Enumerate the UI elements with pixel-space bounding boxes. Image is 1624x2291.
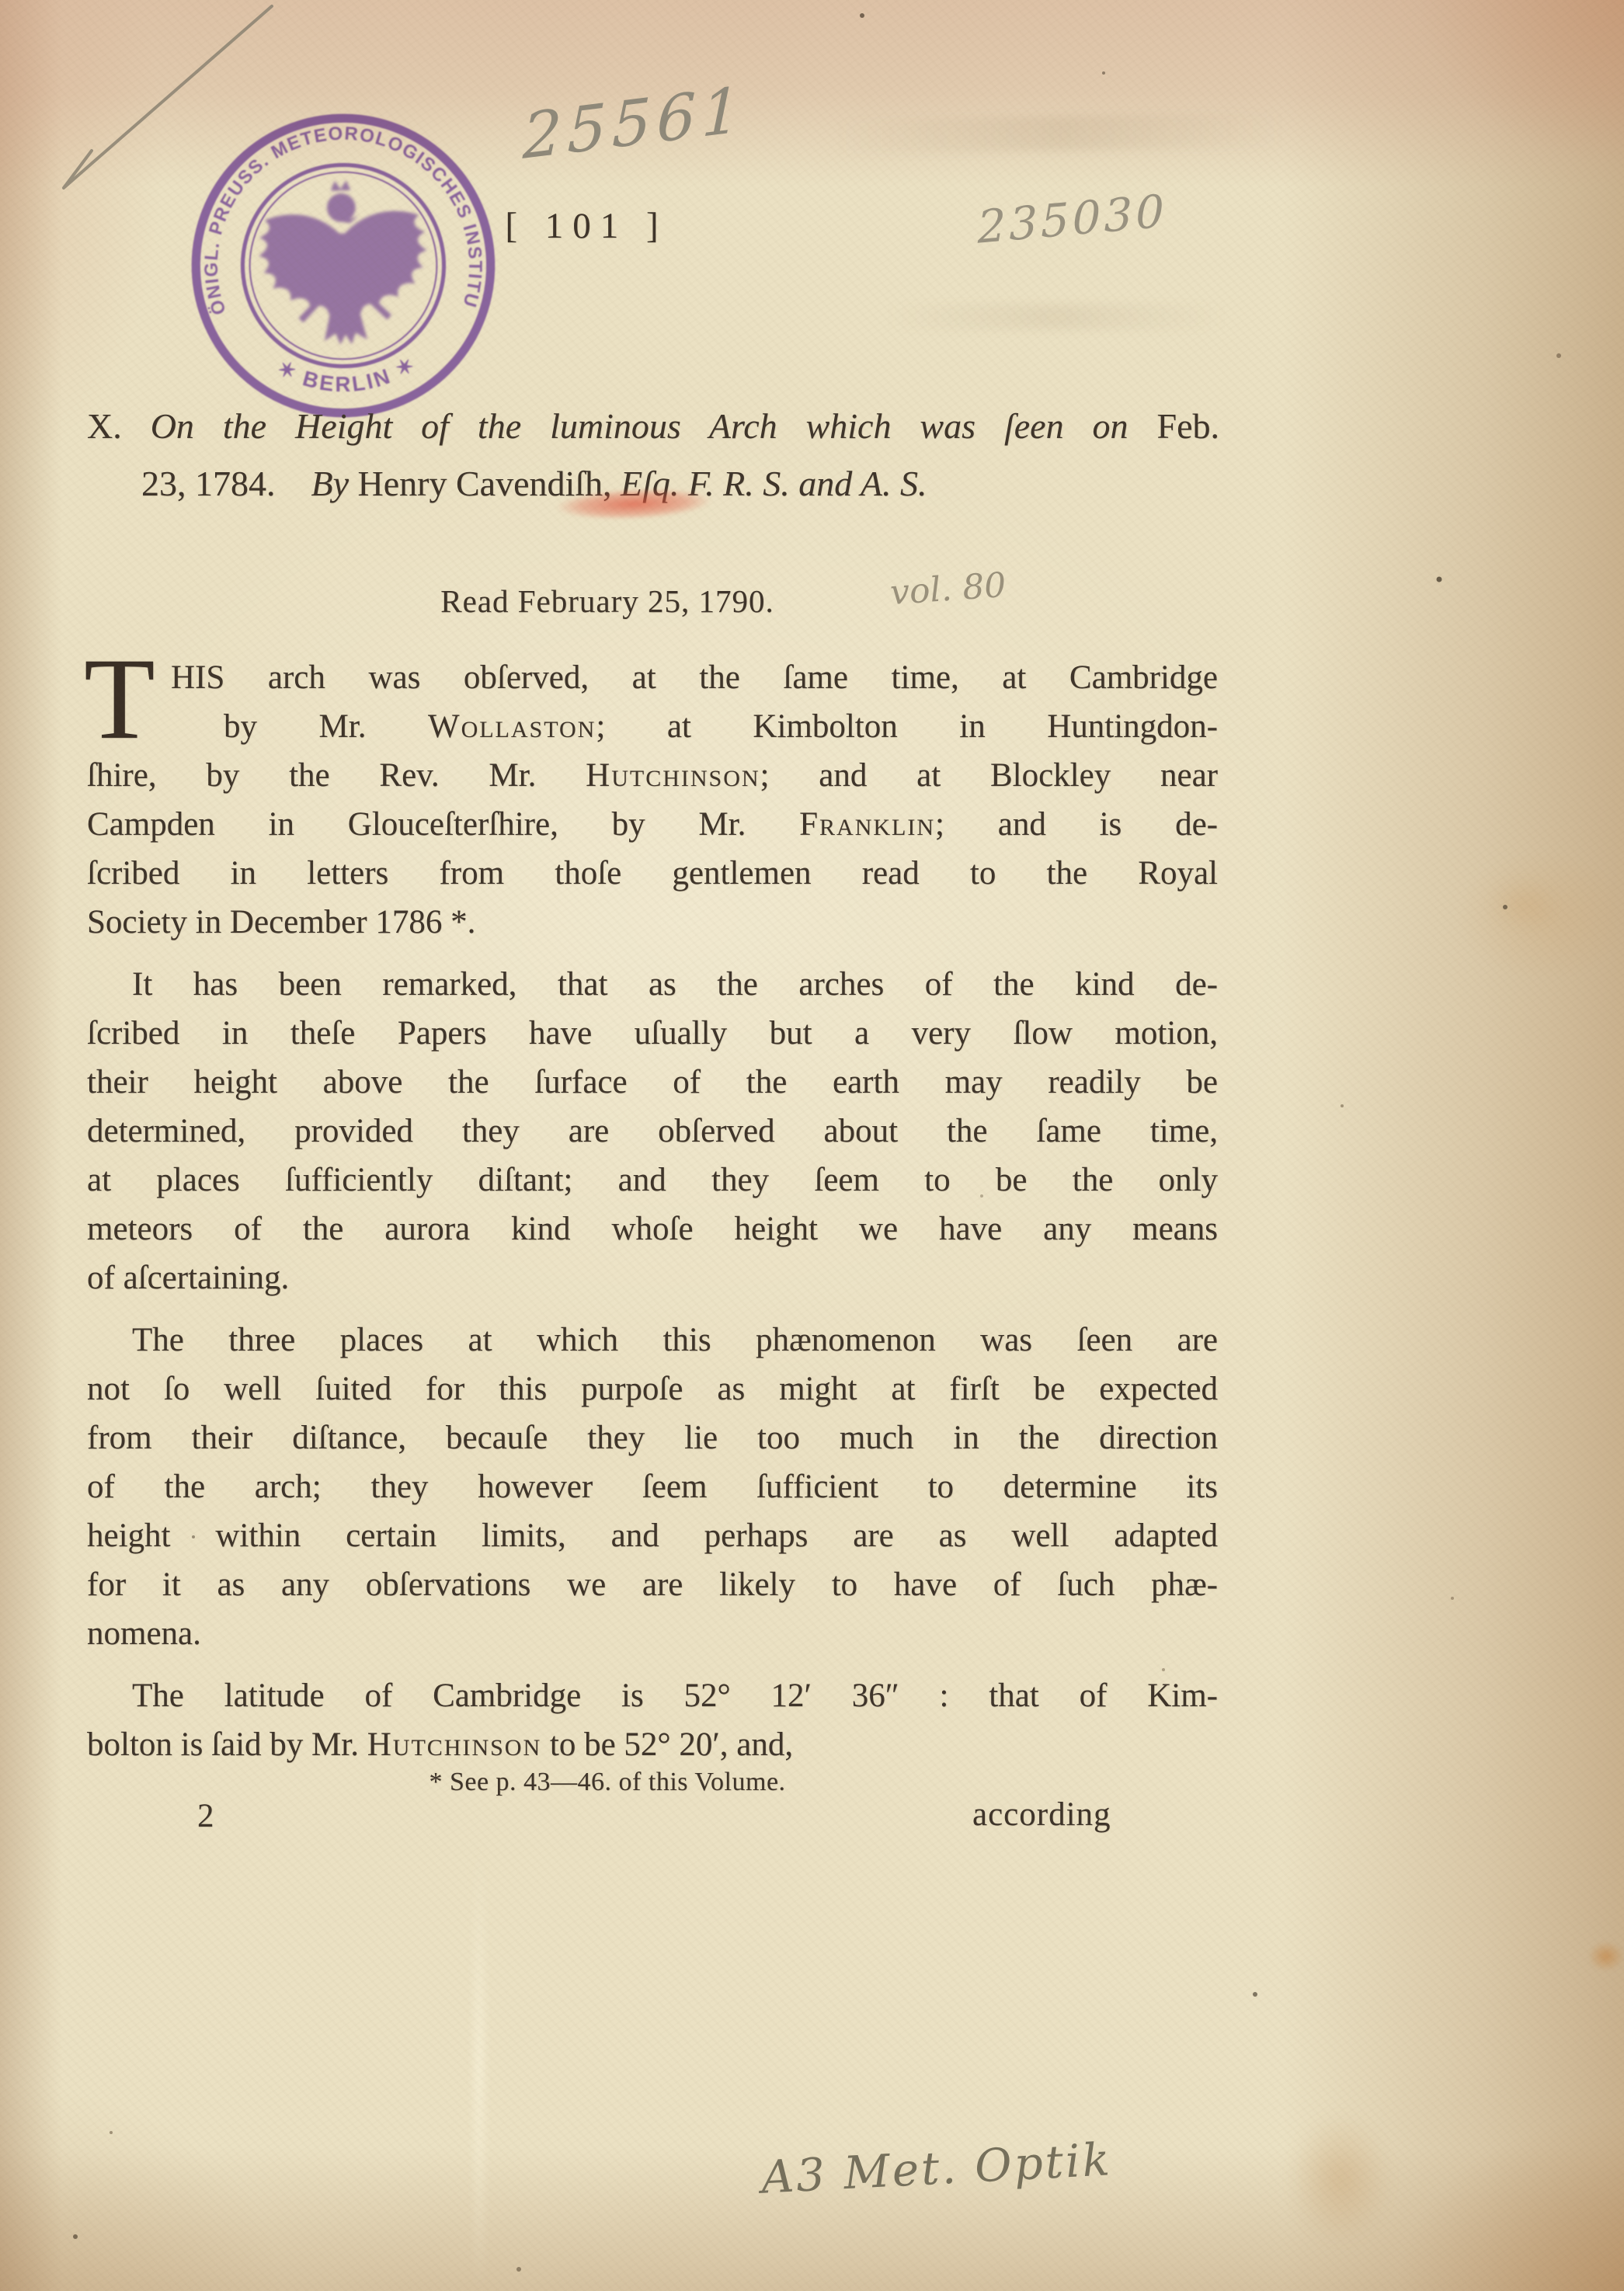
title-line: X. On the Height of the luminous Arch wh… — [87, 398, 1219, 455]
body-text: THIS arch was obſerved, at the ſame time… — [87, 653, 1218, 1769]
page-number: [ 101 ] — [419, 205, 753, 247]
text-segment: of the arch; they however ſeem ſufficien… — [87, 1469, 1218, 1505]
text-segment: By — [311, 464, 358, 503]
show-through-smudge — [835, 113, 1286, 155]
text-segment: of aſcertaining. — [87, 1260, 289, 1296]
stain — [1581, 1935, 1624, 1977]
stain — [1473, 867, 1574, 940]
text-line: of aſcertaining. — [87, 1253, 1218, 1302]
pencil-note-bottom: A3 Met. Optik — [760, 2133, 1114, 2204]
signature-mark: 2 — [197, 1797, 214, 1835]
text-segment: ſcribed in theſe Papers have uſually but… — [87, 1015, 1218, 1052]
paper-crease — [474, 1848, 485, 2291]
paper-specks — [0, 0, 3, 3]
text-segment: X. — [87, 406, 151, 446]
text-segment: bolton is ſaid by Mr. — [87, 1726, 367, 1763]
show-through-smudge — [885, 304, 1227, 329]
text-segment: Campden in Glouceſterſhire, by Mr. — [87, 806, 799, 843]
text-line: by Mr. Wollaston; at Kimbolton in Huntin… — [87, 702, 1218, 751]
stamp-city-text: ✶ BERLIN ✶ — [273, 350, 422, 398]
text-segment: Hutchinson — [586, 757, 760, 794]
text-segment: ; and at Blockley near — [760, 757, 1218, 794]
text-segment: HIS arch was obſerved, at the ſame time,… — [171, 659, 1218, 696]
text-line: for it as any obſervations we are likely… — [87, 1560, 1218, 1609]
text-line: Campden in Glouceſterſhire, by Mr. Frank… — [87, 800, 1218, 849]
text-segment: ſcribed in letters from thoſe gentlemen … — [87, 855, 1218, 892]
text-segment: ſhire, by the Rev. Mr. — [87, 757, 586, 794]
text-segment: meteors of the aurora kind whoſe height … — [87, 1211, 1218, 1247]
text-line: ſcribed in theſe Papers have uſually but… — [87, 1009, 1218, 1058]
pencil-volume-note: vol. 80 — [889, 565, 1007, 613]
text-line: The latitude of Cambridge is 52° 12′ 36″… — [87, 1671, 1218, 1720]
text-segment: at places ſufficiently diſtant; and they… — [87, 1162, 1218, 1198]
text-line: It has been remarked, that as the arches… — [87, 960, 1218, 1009]
text-segment: It has been remarked, that as the arches… — [132, 966, 1218, 1003]
pencil-number-right: 235030 — [977, 184, 1168, 254]
text-segment: Franklin — [799, 806, 935, 843]
text-line: of the arch; they however ſeem ſufficien… — [87, 1462, 1218, 1511]
paragraph: The three places at which this phænomeno… — [87, 1316, 1218, 1658]
text-segment: 23, 1784. — [141, 464, 311, 503]
text-line: determined, provided they are obſerved a… — [87, 1107, 1218, 1156]
text-segment: not ſo well ſuited for this purpoſe as m… — [87, 1371, 1218, 1407]
text-segment: The latitude of Cambridge is 52° 12′ 36″… — [132, 1677, 1218, 1714]
text-line: from their diſtance, becauſe they lie to… — [87, 1413, 1218, 1462]
catchword: according — [972, 1796, 1111, 1834]
text-line: at places ſufficiently diſtant; and they… — [87, 1156, 1218, 1205]
text-segment: by Mr. — [224, 708, 428, 745]
text-segment: Wollaston — [428, 708, 596, 745]
text-segment: from their diſtance, becauſe they lie to… — [87, 1420, 1218, 1456]
text-line: not ſo well ſuited for this purpoſe as m… — [87, 1365, 1218, 1413]
paragraph: THIS arch was obſerved, at the ſame time… — [87, 653, 1218, 947]
text-line: The three places at which this phænomeno… — [87, 1316, 1218, 1365]
text-line: their height above the ſurface of the ea… — [87, 1058, 1218, 1107]
footnote: * See p. 43—46. of this Volume. — [87, 1768, 1128, 1797]
text-line: ſhire, by the Rev. Mr. Hutchinson; and a… — [87, 751, 1218, 800]
text-line: meteors of the aurora kind whoſe height … — [87, 1205, 1218, 1253]
library-stamp: KÖNIGL. PREUSS. METEOROLOGISCHES INSTITU… — [179, 102, 507, 429]
text-line: Society in December 1786 *. — [87, 898, 1218, 947]
text-segment: Feb. — [1157, 406, 1220, 446]
paragraph: The latitude of Cambridge is 52° 12′ 36″… — [87, 1671, 1218, 1769]
text-segment: nomena. — [87, 1615, 201, 1652]
prussian-eagle-icon — [256, 178, 430, 348]
text-segment: Hutchinson — [367, 1726, 541, 1763]
pencil-number-top: 25561 — [522, 73, 746, 173]
stain — [1271, 2089, 1410, 2268]
paragraph: It has been remarked, that as the arches… — [87, 960, 1218, 1302]
text-segment: for it as any obſervations we are likely… — [87, 1566, 1218, 1603]
text-segment: to be 52° 20′, and, — [541, 1726, 793, 1763]
text-line: nomena. — [87, 1609, 1218, 1658]
text-line: height within certain limits, and perhap… — [87, 1511, 1218, 1560]
text-line: HIS arch was obſerved, at the ſame time,… — [87, 653, 1218, 702]
text-line: bolton is ſaid by Mr. Hutchinson to be 5… — [87, 1720, 1218, 1769]
text-segment: ; and is de- — [935, 806, 1218, 843]
text-segment: On the Height of the luminous Arch which… — [151, 406, 1157, 446]
scanned-page: KÖNIGL. PREUSS. METEOROLOGISCHES INSTITU… — [0, 0, 1624, 2291]
text-segment: their height above the ſurface of the ea… — [87, 1064, 1218, 1100]
text-segment: The three places at which this phænomeno… — [132, 1322, 1218, 1358]
drop-cap: T — [84, 648, 155, 749]
svg-text:✶ BERLIN ✶: ✶ BERLIN ✶ — [273, 350, 422, 398]
text-segment: Society in December 1786 *. — [87, 904, 475, 940]
text-segment: determined, provided they are obſerved a… — [87, 1113, 1218, 1149]
text-segment: ; at Kimbolton in Huntingdon- — [596, 708, 1218, 745]
text-line: ſcribed in letters from thoſe gentlemen … — [87, 849, 1218, 898]
text-segment: height within certain limits, and perhap… — [87, 1517, 1218, 1554]
